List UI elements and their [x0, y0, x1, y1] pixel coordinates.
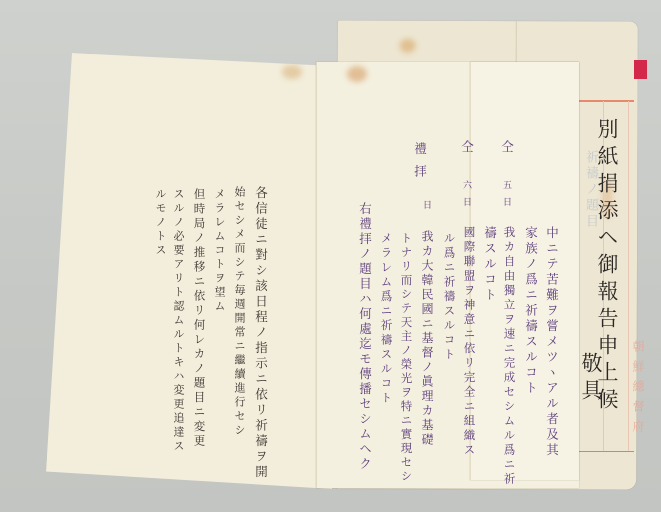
left-sheet-line-1: 各信徒ニ對シ該日程ノ指示ニ依リ祈禱ヲ開 [254, 186, 267, 481]
heading-day-2: 六日 [461, 180, 470, 214]
left-sheet-line-5: スルノ必要アリト認ムルトキハ変更追達ス [173, 188, 184, 454]
bleed-through-text: 祈禱ノ題目 [584, 150, 597, 230]
fold-line [516, 21, 517, 66]
cover-closing: 敬具 [580, 352, 601, 406]
stain [347, 66, 367, 82]
heading-same-2: 仝 [460, 140, 473, 156]
mid-sheet-line-1: 中ニテ苦難ヲ嘗メツヽアル者及其 [545, 226, 558, 459]
red-stamp-ghost: 朝鮮總督府 [632, 340, 644, 440]
red-rule-bottom [578, 451, 634, 452]
left-sheet [46, 53, 332, 489]
left-sheet-line-2: 始セシメ而シテ毎週開常ニ繼續進行セシ [234, 186, 245, 438]
mid-sheet-line-10: 右禮拝ノ題目ハ何處迄モ傳播セシムヘク [358, 202, 371, 472]
left-sheet-line-3: メラレムコトヲ望ム [214, 188, 225, 314]
red-rule-vertical [628, 101, 629, 451]
mid-sheet-line-4: 禱スルコト [483, 226, 496, 304]
mid-sheet-line-3: 我カ自由獨立ヲ速ニ完成セシムル爲ニ祈 [503, 226, 515, 487]
stain [400, 39, 416, 53]
heading-worship-day: 日 [421, 200, 430, 212]
stain [282, 65, 302, 79]
red-index-tab[interactable] [634, 60, 647, 79]
heading-worship: 禮拝 [413, 142, 426, 187]
heading-same-1: 仝 [500, 140, 513, 156]
mid-sheet-line-5: 國際聯盟ヲ神意ニ依リ完全ニ組織ス [463, 226, 475, 458]
mid-sheet-line-7: 我カ大韓民國ニ基督ノ眞理カ基礎 [421, 230, 433, 448]
mid-sheet-line-2: 家族ノ爲ニ祈禱スルコト [524, 226, 537, 397]
mid-sheet-line-9: メラレム爲ニ祈禱スルコト [380, 232, 392, 406]
left-sheet-line-4: 但時局ノ推移ニ依リ何レカノ題目ニ変更 [193, 188, 205, 449]
mid-sheet-line-8: トナリ而シテ天主ノ榮光ヲ特ニ實現セシ [400, 232, 412, 484]
mid-sheet-line-6: ル爲ニ祈禱スルコト [443, 232, 455, 363]
left-sheet-line-6: ルモノトス [155, 188, 166, 258]
heading-day-1: 五日 [501, 180, 510, 214]
